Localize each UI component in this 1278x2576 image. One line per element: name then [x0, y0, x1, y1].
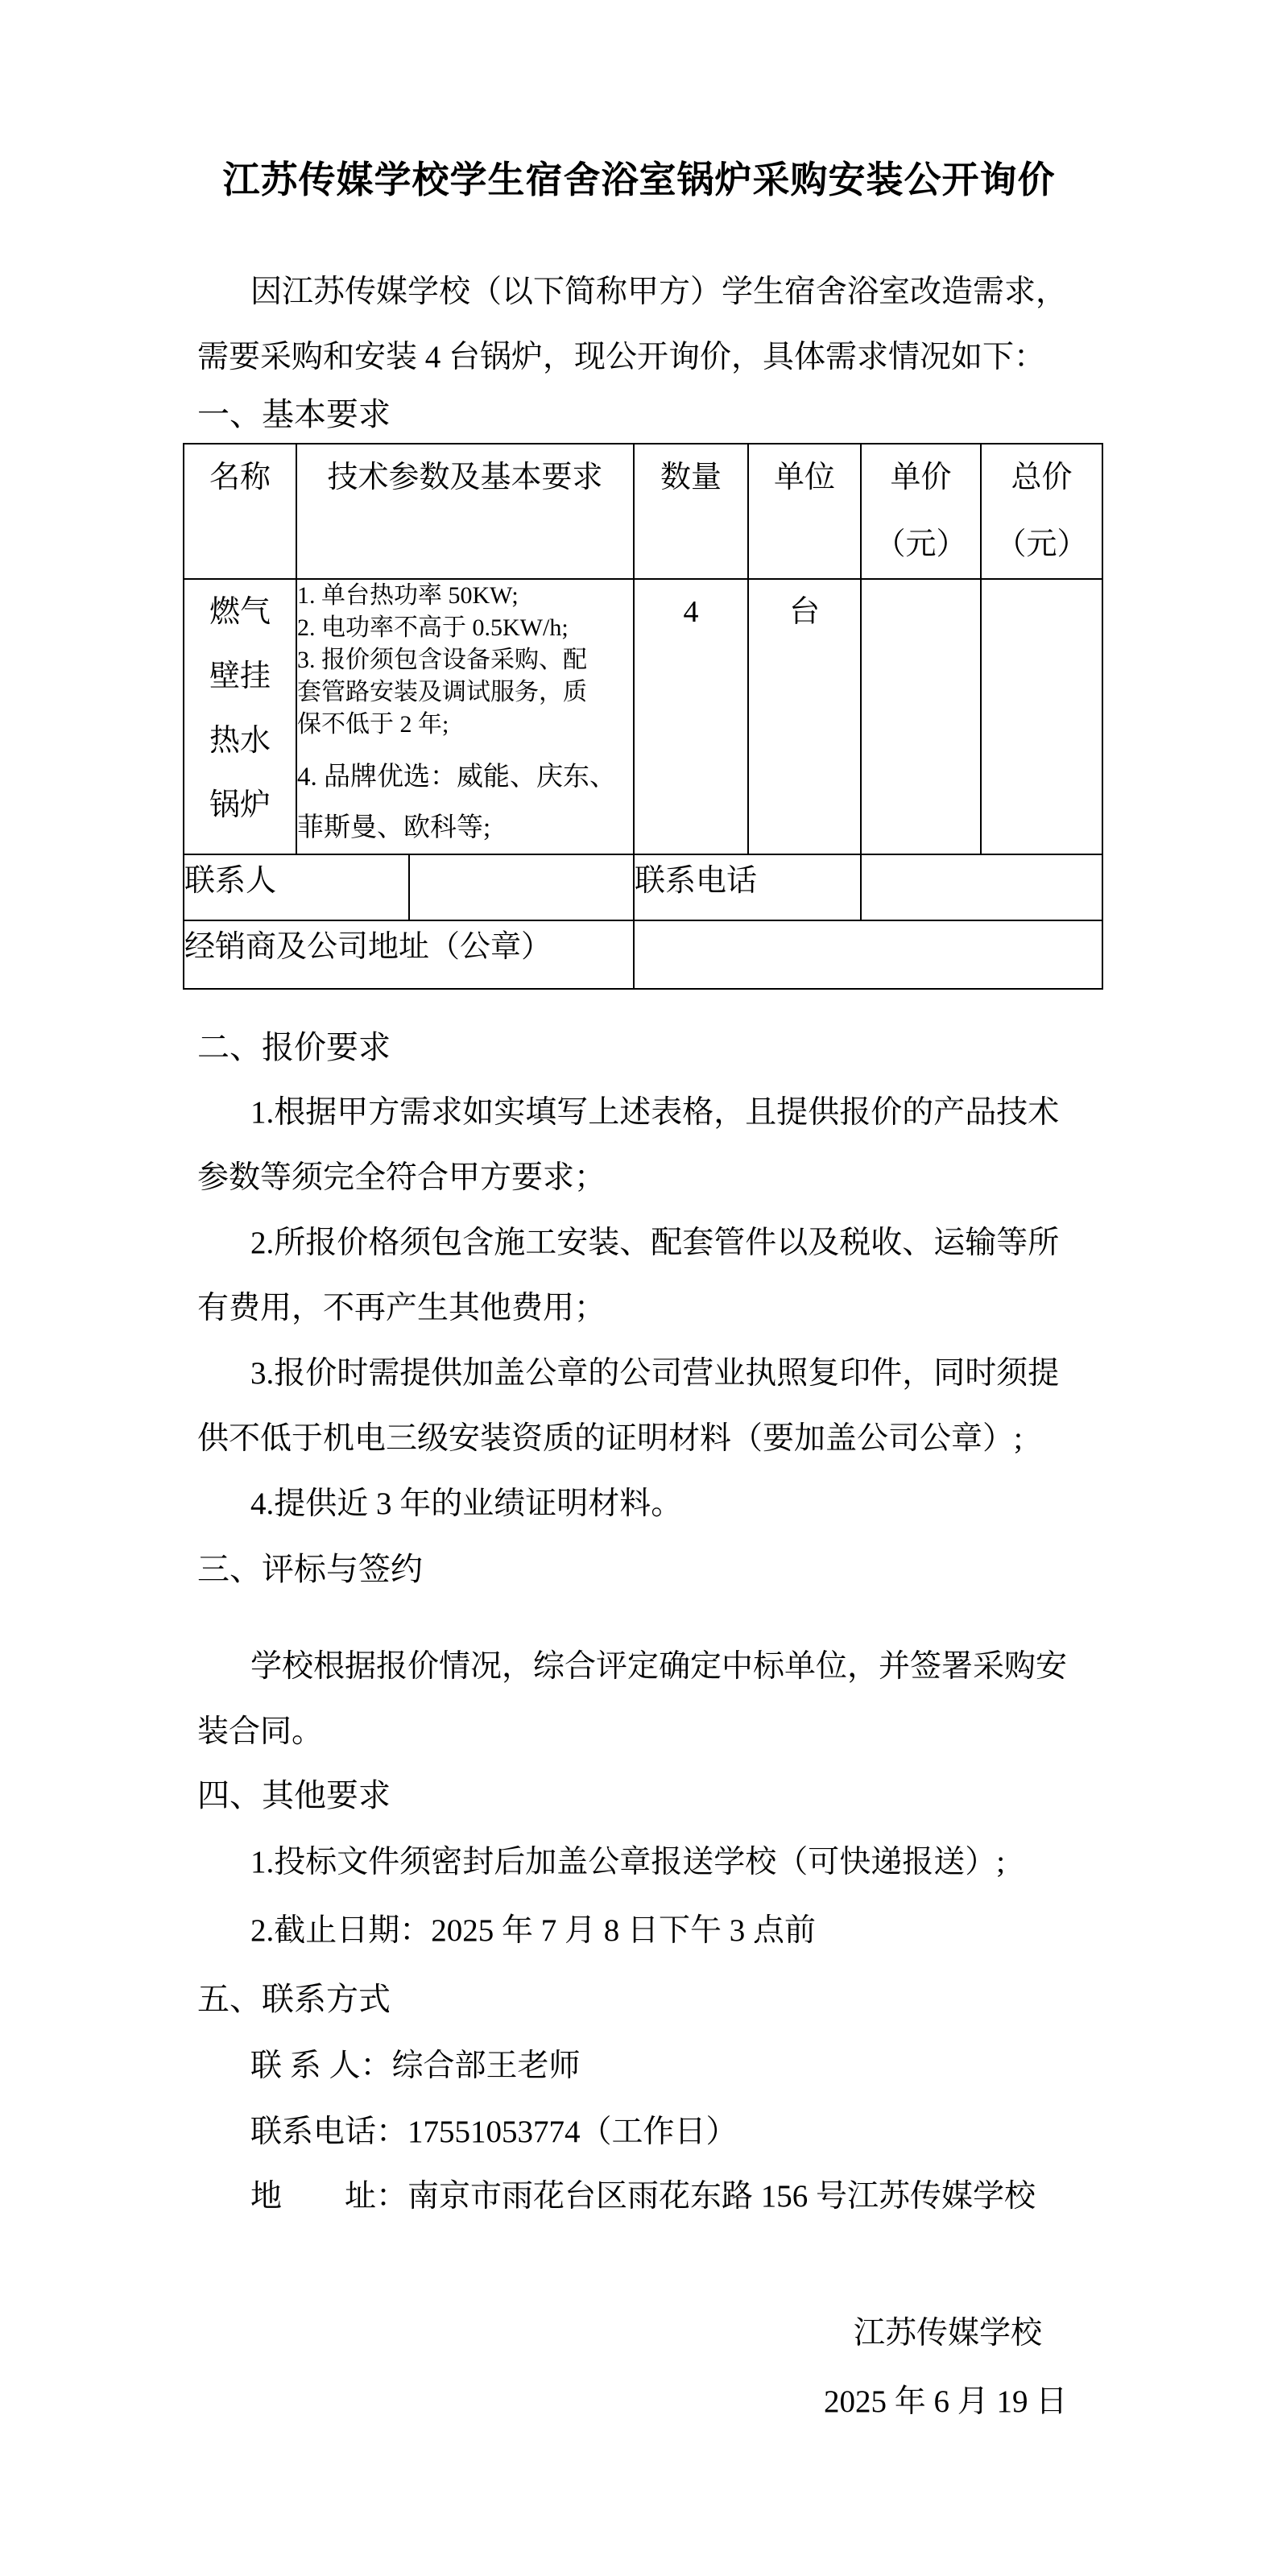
product-name-cell: 燃气 壁挂 热水 锅炉: [184, 579, 296, 854]
header-unit: 单位: [748, 444, 861, 579]
header-unit-price-line2: （元）: [862, 511, 980, 578]
quote-req-item4: 4.提供近 3 年的业绩证明材料。: [197, 1472, 1168, 1536]
spec-line: 4. 品牌优选：威能、庆东、: [297, 752, 633, 803]
contact-person-line: 联 系 人：综合部王老师: [197, 2034, 1168, 2098]
header-total-price-line2: （元）: [982, 511, 1102, 578]
dealer-label-cell: 经销商及公司地址（公章）: [184, 920, 634, 989]
contact-row: 联系人 联系电话: [184, 854, 1102, 920]
quote-req-item1-line2: 参数等须完全符合甲方要求；: [197, 1146, 1115, 1210]
table-header-row: 名称 技术参数及基本要求 数量 单位 单价 （元） 总价 （元）: [184, 444, 1102, 579]
product-name-line: 壁挂: [184, 644, 296, 709]
eval-para-line2: 装合同。: [197, 1700, 1115, 1764]
qty-cell: 4: [634, 579, 748, 854]
quote-req-item3-line1: 3.报价时需提供加盖公章的公司营业执照复印件，同时须提: [197, 1342, 1168, 1406]
spec-line: 保不低于 2 年;: [297, 709, 633, 741]
signature-date: 2025 年 6 月 19 日: [824, 2370, 1067, 2434]
spec-line: 1. 单台热功率 50KW;: [297, 580, 633, 612]
product-name-line: 热水: [184, 709, 296, 773]
document-title: 江苏传媒学校学生宿舍浴室锅炉采购安装公开询价: [0, 157, 1278, 202]
other-req-item2: 2.截止日期：2025 年 7 月 8 日下午 3 点前: [197, 1899, 1168, 1963]
intro-line-2: 需要采购和安装 4 台锅炉，现公开询价，具体需求情况如下：: [197, 325, 1115, 390]
spec-line: 套管路安装及调试服务，质: [297, 676, 633, 709]
requirements-table: 名称 技术参数及基本要求 数量 单位 单价 （元） 总价 （元） 燃气 壁挂 热…: [183, 443, 1103, 990]
dealer-row: 经销商及公司地址（公章）: [184, 920, 1102, 989]
section-3-heading: 三、评标与签约: [197, 1537, 1115, 1602]
header-name: 名称: [184, 444, 296, 579]
intro-line-1: 因江苏传媒学校（以下简称甲方）学生宿舍浴室改造需求，: [197, 260, 1168, 325]
phone-value-cell: [861, 854, 1102, 920]
section-4-heading: 四、其他要求: [197, 1764, 1115, 1828]
product-name-line: 锅炉: [184, 773, 296, 837]
header-total-price: 总价 （元）: [981, 444, 1102, 579]
address-line: 地 址：南京市雨花台区雨花东路 156 号江苏传媒学校: [197, 2165, 1168, 2229]
section-2-heading: 二、报价要求: [197, 1015, 1115, 1080]
other-req-item1: 1.投标文件须密封后加盖公章报送学校（可快递报送）;: [197, 1830, 1168, 1895]
header-total-price-line1: 总价: [982, 444, 1102, 511]
spec-line: 菲斯曼、欧科等;: [297, 803, 633, 854]
contact-label-cell: 联系人: [184, 854, 409, 920]
signature-org: 江苏传媒学校: [854, 2301, 1042, 2366]
product-spec-cell: 1. 单台热功率 50KW; 2. 电功率不高于 0.5KW/h; 3. 报价须…: [296, 579, 634, 854]
header-unit-price-line1: 单价: [862, 444, 980, 511]
product-name-line: 燃气: [184, 580, 296, 644]
header-qty: 数量: [634, 444, 748, 579]
spec-line: 3. 报价须包含设备采购、配: [297, 644, 633, 676]
quote-req-item2-line2: 有费用，不再产生其他费用；: [197, 1276, 1115, 1341]
dealer-value-cell: [634, 920, 1102, 989]
unit-price-cell: [861, 579, 981, 854]
section-5-heading: 五、联系方式: [197, 1967, 1115, 2032]
contact-value-cell: [409, 854, 634, 920]
unit-cell: 台: [748, 579, 861, 854]
quote-req-item1-line1: 1.根据甲方需求如实填写上述表格，且提供报价的产品技术: [197, 1081, 1168, 1145]
header-unit-price: 单价 （元）: [861, 444, 981, 579]
total-price-cell: [981, 579, 1102, 854]
section-1-heading: 一、基本要求: [197, 382, 1115, 447]
quote-req-item3-line2: 供不低于机电三级安装资质的证明材料（要加盖公司公章）;: [197, 1407, 1115, 1471]
contact-phone-line: 联系电话：17551053774（工作日）: [197, 2100, 1168, 2165]
quote-req-item2-line1: 2.所报价格须包含施工安装、配套管件以及税收、运输等所: [197, 1211, 1168, 1276]
spec-line: 2. 电功率不高于 0.5KW/h;: [297, 612, 633, 644]
phone-label-cell: 联系电话: [634, 854, 861, 920]
eval-para-line1: 学校根据报价情况，综合评定确定中标单位，并签署采购安: [197, 1635, 1168, 1699]
document-page: 江苏传媒学校学生宿舍浴室锅炉采购安装公开询价 因江苏传媒学校（以下简称甲方）学生…: [0, 0, 1278, 2576]
table-body-row: 燃气 壁挂 热水 锅炉 1. 单台热功率 50KW; 2. 电功率不高于 0.5…: [184, 579, 1102, 854]
header-specs: 技术参数及基本要求: [296, 444, 634, 579]
